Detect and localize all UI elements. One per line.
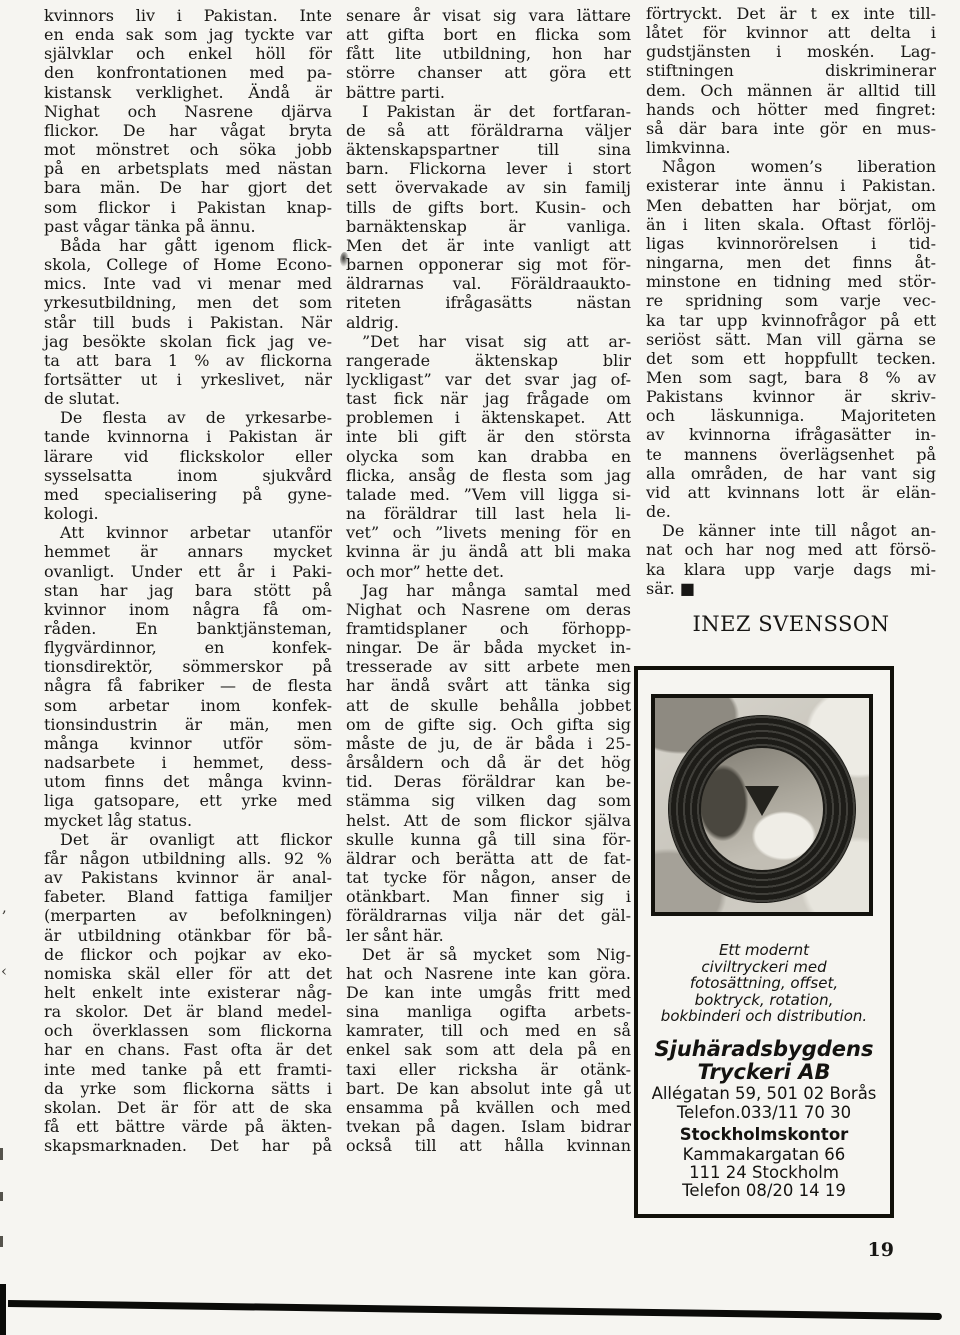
text-line: ligas kvinnorörelsen i tid- bbox=[646, 234, 936, 253]
text-line: sär. ■ bbox=[646, 579, 936, 598]
printing-press-photo bbox=[651, 694, 873, 916]
text-line: dem. Och männen är alltid till bbox=[646, 81, 936, 100]
text-line: alla områden, de har vant sig bbox=[646, 464, 936, 483]
text-line: hat och Nasrene inte kan göra. bbox=[346, 964, 631, 983]
print-artifact: ‹ bbox=[1, 962, 7, 980]
print-artifact bbox=[0, 1192, 3, 1201]
byline: INEZ SVENSSON bbox=[646, 612, 936, 636]
print-artifact: , bbox=[2, 898, 7, 916]
text-line: tande kvinnorna i Pakistan är bbox=[44, 427, 332, 446]
text-line: några få fabriker — de flesta bbox=[44, 676, 332, 695]
text-line: och läskunniga. Majoriteten bbox=[646, 406, 936, 425]
article-column-3: förtryckt. Det är t ex inte till-låtet f… bbox=[646, 4, 936, 598]
text-line: jag besökte skolan fick jag ve- bbox=[44, 332, 332, 351]
text-line: flygvärdinnor, en konfek- bbox=[44, 638, 332, 657]
ad-tagline-line: bokbinderi och distribution. bbox=[638, 1008, 890, 1025]
bottom-rule bbox=[8, 1300, 942, 1320]
text-line: mot mönstret och söka jobb bbox=[44, 140, 332, 159]
text-line: talade med. ”Vem vill ligga si- bbox=[346, 485, 631, 504]
text-line: som flickor i Pakistan knap- bbox=[44, 198, 332, 217]
text-line: skapsmarknaden. Det har på bbox=[44, 1136, 332, 1155]
text-line: Pakistans kvinnor är skriv- bbox=[646, 387, 936, 406]
text-line: de så att föräldrarna väljer bbox=[346, 121, 631, 140]
page-number: 19 bbox=[852, 1239, 894, 1261]
text-line: de. bbox=[646, 502, 936, 521]
text-line: med specialisering på gyne- bbox=[44, 485, 332, 504]
text-line: råden. En banktjänsteman, bbox=[44, 619, 332, 638]
text-line: av Pakistans kvinnor är anal- bbox=[44, 868, 332, 887]
ad-office-line: Kammakargatan 66 bbox=[638, 1146, 890, 1164]
text-line: skola, College of Home Econo- bbox=[44, 255, 332, 274]
print-artifact bbox=[340, 252, 349, 267]
text-line: otänkbart. Man finner sig i bbox=[346, 887, 631, 906]
text-line: tat tycke för någon, anser de bbox=[346, 868, 631, 887]
text-line: helst. Att de som flickor själva bbox=[346, 811, 631, 830]
text-line: som arbetar inom konfek- bbox=[44, 696, 332, 715]
text-line: och mor” hette det. bbox=[346, 562, 631, 581]
text-line: Det är ovanligt att flickor bbox=[44, 830, 332, 849]
text-line: flickor. De har vågat bryta bbox=[44, 121, 332, 140]
text-line: ovanligt. Under ett år i Paki- bbox=[44, 562, 332, 581]
text-line: hands och hötter med fingret: bbox=[646, 100, 936, 119]
text-line: stiftningen diskriminerar bbox=[646, 61, 936, 80]
ad-office-line: Telefon 08/20 14 19 bbox=[638, 1182, 890, 1200]
text-line: Men debatten har börjat, om bbox=[646, 196, 936, 215]
text-line: än i liten skala. Oftast förlöj- bbox=[646, 215, 936, 234]
text-line: ningar. De är båda mycket in- bbox=[346, 638, 631, 657]
press-photo-center bbox=[701, 748, 823, 870]
text-line: olycka som kan drabba en bbox=[346, 447, 631, 466]
article-column-2: senare år visat sig vara lättareatt gift… bbox=[346, 6, 631, 1155]
text-line: Nighat och Nasrene om deras bbox=[346, 600, 631, 619]
ad-company-line: Sjuhäradsbygdens bbox=[638, 1038, 890, 1061]
text-line: inte bli gift är den största bbox=[346, 427, 631, 446]
text-line: nadsarbete i hemmet, dess- bbox=[44, 753, 332, 772]
text-line: tast fick när jag frågade om bbox=[346, 389, 631, 408]
text-line: låtet för kvinnor att delta i bbox=[646, 23, 936, 42]
text-line: ningarna, men det finns åt- bbox=[646, 253, 936, 272]
text-line: måste de ju, de är båda i 25- bbox=[346, 734, 631, 753]
text-line: bara män. De har gjort det bbox=[44, 178, 332, 197]
text-line: en enda sak som jag tyckte var bbox=[44, 25, 332, 44]
text-line: utom finns det många kvinn- bbox=[44, 772, 332, 791]
text-line: helt enkelt inte existerar någ- bbox=[44, 983, 332, 1002]
text-line: yrkesutbildning, men det som bbox=[44, 293, 332, 312]
text-line: enkel sak som att dela på en bbox=[346, 1040, 631, 1059]
text-line: nomiska skäl eller för att det bbox=[44, 964, 332, 983]
text-line: stan har jag bara stött på bbox=[44, 581, 332, 600]
text-line: riteten ifrågasätts nästan bbox=[346, 293, 631, 312]
text-line: re spridning som varje vec- bbox=[646, 291, 936, 310]
text-line: minstone en tidning med stör- bbox=[646, 272, 936, 291]
text-line: (merparten av befolkningen) bbox=[44, 906, 332, 925]
text-line: skulle kunna gå till sina för- bbox=[346, 830, 631, 849]
text-line: tresserade av sitt arbete men bbox=[346, 657, 631, 676]
text-line: mycket låg status. bbox=[44, 811, 332, 830]
ad-tagline: Ett moderntciviltryckeri medfotosättning… bbox=[638, 942, 890, 1025]
text-line: aldrig. bbox=[346, 313, 631, 332]
text-line: tionsdirektör, sömmerskor på bbox=[44, 657, 332, 676]
text-line: nat och har nog med att försö- bbox=[646, 540, 936, 559]
text-line: inte med tanke på ett framti- bbox=[44, 1060, 332, 1079]
text-line: limkvinna. bbox=[646, 138, 936, 157]
text-line: Men det är inte vanligt att bbox=[346, 236, 631, 255]
ad-tagline-line: Ett modernt bbox=[638, 942, 890, 959]
text-line: de flickor och pojkar av eko- bbox=[44, 945, 332, 964]
text-line: te mannens överlägsenhet på bbox=[646, 445, 936, 464]
text-line: årsåldern och då är det hög bbox=[346, 753, 631, 772]
ad-office-line: 111 24 Stockholm bbox=[638, 1164, 890, 1182]
text-line: na föräldrar till last hela li- bbox=[346, 504, 631, 523]
text-line: senare år visat sig vara lättare bbox=[346, 6, 631, 25]
text-line: och överklassen som flickorna bbox=[44, 1021, 332, 1040]
text-line: vet” och ”livets mening för en bbox=[346, 523, 631, 542]
text-line: kvinnors liv i Pakistan. Inte bbox=[44, 6, 332, 25]
text-line: framtidsplaner och förhopp- bbox=[346, 619, 631, 638]
text-line: äldrar och berätta att de fat- bbox=[346, 849, 631, 868]
article-column-1: kvinnors liv i Pakistan. Inteen enda sak… bbox=[44, 6, 332, 1155]
text-line: sina manliga ogifta arbets- bbox=[346, 1002, 631, 1021]
text-line: har ändå svårt att tänka sig bbox=[346, 676, 631, 695]
magazine-page: kvinnors liv i Pakistan. Inteen enda sak… bbox=[0, 0, 960, 1335]
ad-address: Allégatan 59, 501 02 BoråsTelefon.033/11… bbox=[638, 1084, 890, 1122]
text-line: kvinna är ju ändå att bli maka bbox=[346, 542, 631, 561]
advertisement-box: Ett moderntciviltryckeri medfotosättning… bbox=[634, 666, 894, 1218]
text-line: förtryckt. Det är t ex inte till- bbox=[646, 4, 936, 23]
text-line: ka klara upp varje dags mi- bbox=[646, 560, 936, 579]
text-line: äktenskapspartner till sina bbox=[346, 140, 631, 159]
text-line: sysselsatta inom sjukvård bbox=[44, 466, 332, 485]
text-line: fabeter. Bland fattiga familjer bbox=[44, 887, 332, 906]
text-line: tills de gifts bort. Kusin- och bbox=[346, 198, 631, 217]
ad-company-name: SjuhäradsbygdensTryckeri AB bbox=[638, 1038, 890, 1083]
text-line: Det är så mycket som Nig- bbox=[346, 945, 631, 964]
text-line: barn. Flickorna lever i stort bbox=[346, 159, 631, 178]
text-line: rangerade äktenskap blir bbox=[346, 351, 631, 370]
print-artifact bbox=[0, 1148, 3, 1160]
text-line: den konfrontationen med pa- bbox=[44, 63, 332, 82]
text-line: Jag har många samtal med bbox=[346, 581, 631, 600]
text-line: Någon women’s liberation bbox=[646, 157, 936, 176]
text-line: Båda har gått igenom flick- bbox=[44, 236, 332, 255]
text-line: på en arbetsplats med nästan bbox=[44, 159, 332, 178]
text-line: fortsätter ut i yrkeslivet, när bbox=[44, 370, 332, 389]
text-line: flicka, ansåg de flesta som jag bbox=[346, 466, 631, 485]
text-line: kistansk verklighet. Ändå är bbox=[44, 83, 332, 102]
text-line: barnäktenskap är vanliga. bbox=[346, 217, 631, 236]
text-line: bart. De kan absolut inte gå ut bbox=[346, 1079, 631, 1098]
text-line: få ett bättre värde på äkten- bbox=[44, 1117, 332, 1136]
ad-address-line: Telefon.033/11 70 30 bbox=[638, 1103, 890, 1122]
text-line: kologi. bbox=[44, 504, 332, 523]
text-line: liga gatsopare, ett yrke med bbox=[44, 791, 332, 810]
text-line: av kvinnorna ifrågasätter in- bbox=[646, 425, 936, 444]
text-line: sett övervakade av sin familj bbox=[346, 178, 631, 197]
text-line: det som ett hoppfullt tecken. bbox=[646, 349, 936, 368]
text-line: bättre parti. bbox=[346, 83, 631, 102]
text-line: da yrke som flickorna sätts i bbox=[44, 1079, 332, 1098]
text-line: ra skolor. Det är bland medel- bbox=[44, 1002, 332, 1021]
text-line: I Pakistan är det fortfaran- bbox=[346, 102, 631, 121]
text-line: hemmet är annars mycket bbox=[44, 542, 332, 561]
text-line: vid att kvinnans lott är elän- bbox=[646, 483, 936, 502]
text-line: barnen opponerar sig mot för- bbox=[346, 255, 631, 274]
text-line: gudstjänsten i moskén. Lag- bbox=[646, 42, 936, 61]
page-edge-mark bbox=[0, 1284, 6, 1335]
print-artifact bbox=[0, 1236, 3, 1247]
text-line: ka tar upp kvinnofrågor på ett bbox=[646, 311, 936, 330]
text-line: så där bara inte gör en mus- bbox=[646, 119, 936, 138]
text-line: många kvinnor utför söm- bbox=[44, 734, 332, 753]
text-line: De flesta av de yrkesarbe- bbox=[44, 408, 332, 427]
text-line: past vågar tänka på ännu. bbox=[44, 217, 332, 236]
text-line: De känner inte till något an- bbox=[646, 521, 936, 540]
text-line: mics. Inte vad vi menar med bbox=[44, 274, 332, 293]
ad-office-heading: Stockholmskontor bbox=[638, 1126, 890, 1144]
text-line: är utbildning otänkbar för bå- bbox=[44, 926, 332, 945]
text-line: föräldrarnas vilja när det gäl- bbox=[346, 906, 631, 925]
text-line: lyckligast” var det svar jag of- bbox=[346, 370, 631, 389]
ad-company-line: Tryckeri AB bbox=[638, 1061, 890, 1084]
text-line: taxi eller ricksha är otänk- bbox=[346, 1060, 631, 1079]
text-line: ler sånt här. bbox=[346, 926, 631, 945]
text-line: fått lite utbildning, hon har bbox=[346, 44, 631, 63]
ad-address-line: Allégatan 59, 501 02 Borås bbox=[638, 1084, 890, 1103]
text-line: seriöst sätt. Man vill gärna se bbox=[646, 330, 936, 349]
text-line: tvekan på dagen. Islam bidrar bbox=[346, 1117, 631, 1136]
ad-tagline-line: fotosättning, offset, bbox=[638, 975, 890, 992]
text-line: tionsindustrin är män, men bbox=[44, 715, 332, 734]
text-line: existerar inte ännu i Pakistan. bbox=[646, 176, 936, 195]
text-line: att gifta bort en flicka som bbox=[346, 25, 631, 44]
text-line: också till att hålla kvinnan bbox=[346, 1136, 631, 1155]
text-line: Nighat och Nasrene djärva bbox=[44, 102, 332, 121]
text-line: Att kvinnor arbetar utanför bbox=[44, 523, 332, 542]
text-line: problemen i äktenskapet. Att bbox=[346, 408, 631, 427]
text-line: ”Det har visat sig att ar- bbox=[346, 332, 631, 351]
text-line: de slutat. bbox=[44, 389, 332, 408]
ad-office-address: Kammakargatan 66111 24 StockholmTelefon … bbox=[638, 1146, 890, 1200]
text-line: skolan. Det är för att de ska bbox=[44, 1098, 332, 1117]
text-line: tid. Deras föräldrar kan be- bbox=[346, 772, 631, 791]
press-cylinder-ring-icon bbox=[668, 715, 856, 903]
text-line: De kan inte umgås fritt med bbox=[346, 983, 631, 1002]
text-line: Men som sagt, bara 8 % av bbox=[646, 368, 936, 387]
text-line: stämma sig vilken dag som bbox=[346, 791, 631, 810]
text-line: om de gifte sig. Och gifta sig bbox=[346, 715, 631, 734]
text-line: ensamma på kvällen och med bbox=[346, 1098, 631, 1117]
ad-tagline-line: boktryck, rotation, bbox=[638, 992, 890, 1009]
text-line: större chanser att göra ett bbox=[346, 63, 631, 82]
ad-tagline-line: civiltryckeri med bbox=[638, 959, 890, 976]
text-line: får någon utbildning alls. 92 % bbox=[44, 849, 332, 868]
text-line: kamrater, till och med en så bbox=[346, 1021, 631, 1040]
text-line: självklar och enkel höll för bbox=[44, 44, 332, 63]
text-line: kvinnor inom några få om- bbox=[44, 600, 332, 619]
text-line: lärare vid flickskolor eller bbox=[44, 447, 332, 466]
text-line: står till buds i Pakistan. När bbox=[44, 313, 332, 332]
text-line: att de skulle behålla jobbet bbox=[346, 696, 631, 715]
text-line: ta att bara 1 % av flickorna bbox=[44, 351, 332, 370]
text-line: äldrarnas val. Föräldraaukto- bbox=[346, 274, 631, 293]
text-line: har en chans. Fast ofta är det bbox=[44, 1040, 332, 1059]
